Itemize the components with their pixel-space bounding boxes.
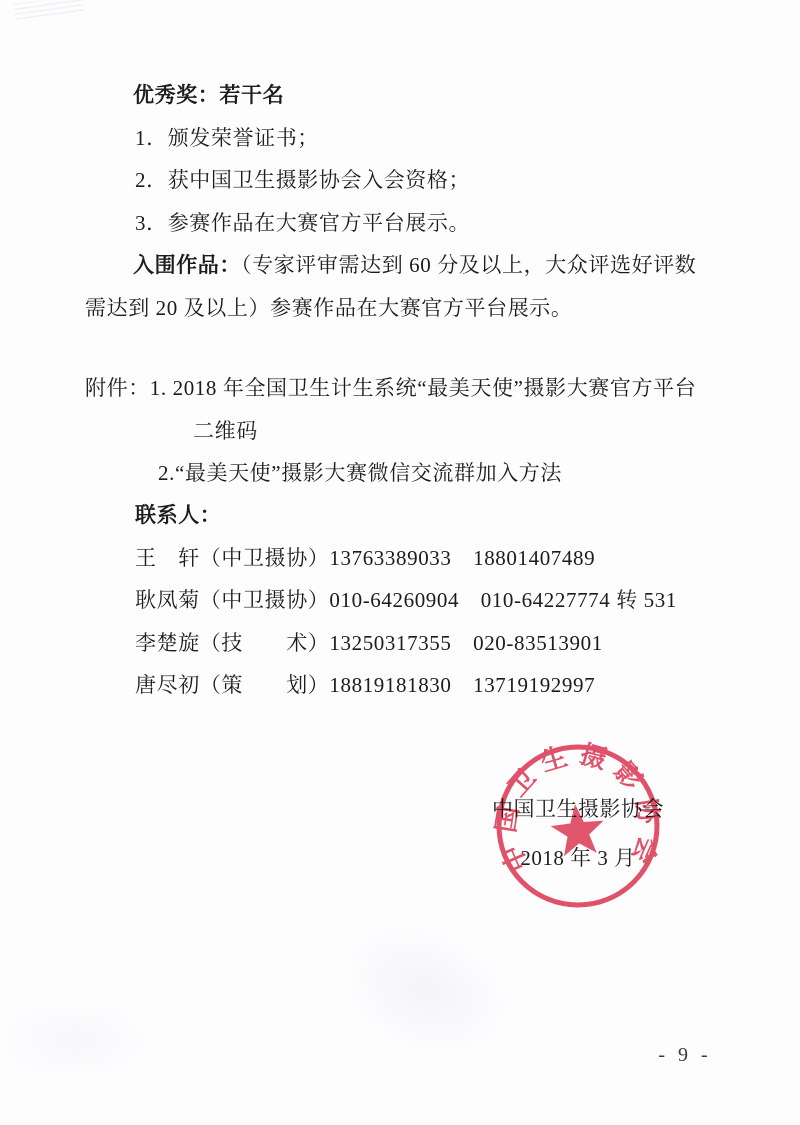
- contacts-label: 联系人：: [85, 494, 750, 537]
- attachments-section: 附件：1. 2018 年全国卫生计生系统“最美天使”摄影大赛官方平台 二维码 2…: [85, 367, 750, 495]
- scan-artifact-smudge: [323, 901, 527, 1080]
- shortlist-label: 入围作品：: [133, 253, 241, 277]
- page-number: - 9 -: [635, 1044, 735, 1067]
- contacts-section: 联系人： 王 轩（中卫摄协）13763389033 18801407489 耿凤…: [85, 494, 750, 707]
- attachment-line-3: 2.“最美天使”摄影大赛微信交流群加入方法: [85, 452, 750, 495]
- scan-artifact-top-left: [13, 0, 84, 22]
- scanned-document-page: 优秀奖：若干名 1．颁发荣誉证书； 2．获中国卫生摄影协会入会资格； 3．参赛作…: [0, 0, 800, 1125]
- seal-arc-text: 中国卫生摄影协会: [491, 740, 664, 876]
- award-item-2: 2．获中国卫生摄影协会入会资格；: [85, 159, 750, 202]
- scan-artifact-bottom-left: [0, 1000, 150, 1080]
- seal-star-icon: [549, 801, 607, 857]
- attachment-line-1: 附件：1. 2018 年全国卫生计生系统“最美天使”摄影大赛官方平台: [85, 367, 750, 410]
- contact-entry-2: 耿凤菊（中卫摄协）010-64260904 010-64227774 转 531: [85, 579, 750, 622]
- contact-entry-3: 李楚旋（技 术）13250317355 020-83513901: [85, 622, 750, 665]
- award-item-1: 1．颁发荣誉证书；: [85, 117, 750, 160]
- award-item-3: 3．参赛作品在大赛官方平台展示。: [85, 202, 750, 245]
- award-title: 优秀奖：若干名: [85, 74, 750, 117]
- official-seal-stamp: 中国卫生摄影协会: [478, 726, 678, 926]
- contact-entry-4: 唐尽初（策 划）18819181830 13719192997: [85, 664, 750, 707]
- shortlist-line-1-rest: （专家评审需达到 60 分及以上，大众评选好评数: [241, 253, 696, 277]
- attachment-line-2: 二维码: [85, 410, 750, 453]
- shortlist-line-2: 需达到 20 及以上）参赛作品在大赛官方平台展示。: [85, 287, 750, 330]
- contact-entry-1: 王 轩（中卫摄协）13763389033 18801407489: [85, 537, 750, 580]
- award-section: 优秀奖：若干名 1．颁发荣誉证书； 2．获中国卫生摄影协会入会资格； 3．参赛作…: [85, 74, 750, 330]
- shortlist-line-1: 入围作品：（专家评审需达到 60 分及以上，大众评选好评数: [85, 244, 750, 287]
